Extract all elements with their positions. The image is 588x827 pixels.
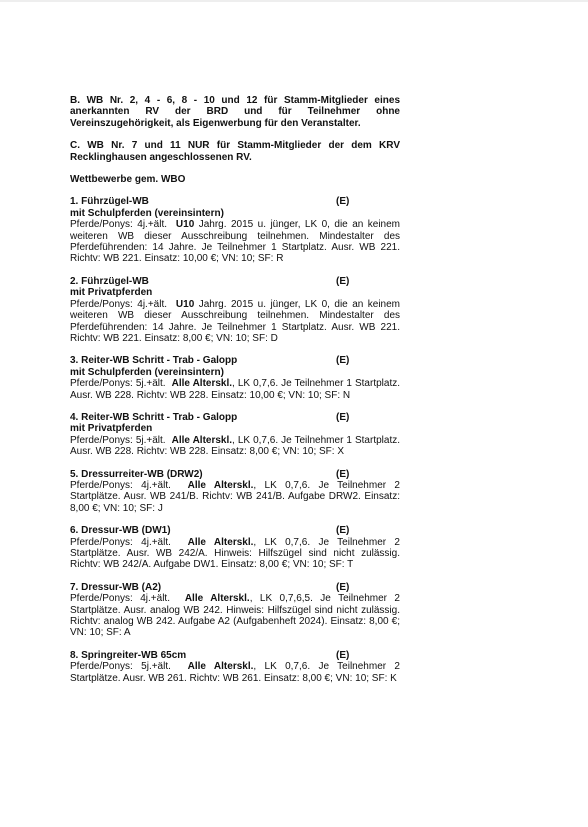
section-heading: Wettbewerbe gem. WBO [70,174,400,185]
competition-title: 4. Reiter-WB Schritt - Trab - Galopp(E) [70,412,400,423]
intro-paragraph-c: C. WB Nr. 7 und 11 NUR für Stamm-Mitglie… [70,140,400,163]
competition-title-text: 5. Dressurreiter-WB (DRW2) [70,469,203,480]
competition-body-prefix: Pferde/Ponys: 5j.+ält. [70,661,171,672]
competition-age-class: Alle Alterskl. [188,537,254,548]
competition-body-prefix: Pferde/Ponys: 4j.+ält. [70,537,171,548]
competition-entry: 5. Dressurreiter-WB (DRW2)(E)Pferde/Pony… [70,469,400,515]
competition-title: 5. Dressurreiter-WB (DRW2)(E) [70,469,400,480]
competition-entry: 8. Springreiter-WB 65cm(E)Pferde/Ponys: … [70,650,400,684]
competition-marker: (E) [336,469,349,480]
competition-title: 6. Dressur-WB (DW1)(E) [70,525,400,536]
competition-title-text: 7. Dressur-WB (A2) [70,582,161,593]
viewer-top-edge [0,0,588,2]
competition-body: Pferde/Ponys: 4j.+ält. U10 Jahrg. 2015 u… [70,299,400,345]
document-page: B. WB Nr. 2, 4 - 6, 8 - 10 und 12 für St… [70,95,400,695]
competition-marker: (E) [336,412,349,423]
competition-subtitle: mit Schulpferden (vereinsintern) [70,208,400,219]
competition-entry: 4. Reiter-WB Schritt - Trab - Galopp(E)m… [70,412,400,458]
competition-title: 3. Reiter-WB Schritt - Trab - Galopp(E) [70,355,400,366]
competition-body-prefix: Pferde/Ponys: 5j.+ält. [70,435,166,446]
competition-age-class: Alle Alterskl. [188,661,254,672]
competition-body-prefix: Pferde/Ponys: 4j.+ält. [70,593,170,604]
intro-paragraph-b: B. WB Nr. 2, 4 - 6, 8 - 10 und 12 für St… [70,95,400,129]
competition-entry: 2. Führzügel-WB(E)mit PrivatpferdenPferd… [70,276,400,344]
competition-title: 1. Führzügel-WB(E) [70,196,400,207]
competition-marker: (E) [336,650,349,661]
competition-subtitle: mit Schulpferden (vereinsintern) [70,367,400,378]
competition-age-class: Alle Alterskl. [172,378,232,389]
competition-entry: 7. Dressur-WB (A2)(E)Pferde/Ponys: 4j.+ä… [70,582,400,639]
competition-body: Pferde/Ponys: 4j.+ält. Alle Alterskl., L… [70,537,400,571]
competition-age-class: Alle Alterskl. [172,435,232,446]
competition-title-text: 4. Reiter-WB Schritt - Trab - Galopp [70,412,237,423]
competition-entry: 1. Führzügel-WB(E)mit Schulpferden (vere… [70,196,400,264]
competition-body: Pferde/Ponys: 5j.+ält. Alle Alterskl., L… [70,378,400,401]
competition-body-prefix: Pferde/Ponys: 4j.+ält. [70,299,167,310]
competition-marker: (E) [336,525,349,536]
competition-age-class: Alle Alterskl. [185,593,250,604]
competition-age-class: Alle Alterskl. [188,480,254,491]
competition-age-class: U10 [176,299,194,310]
competition-title-text: 1. Führzügel-WB [70,196,149,207]
competition-body: Pferde/Ponys: 5j.+ält. Alle Alterskl., L… [70,661,400,684]
competition-title: 8. Springreiter-WB 65cm(E) [70,650,400,661]
competition-title: 7. Dressur-WB (A2)(E) [70,582,400,593]
competition-age-class: U10 [176,219,194,230]
competition-title-text: 2. Führzügel-WB [70,276,149,287]
competition-title-text: 6. Dressur-WB (DW1) [70,525,171,536]
competition-marker: (E) [336,582,349,593]
competition-body: Pferde/Ponys: 4j.+ält. Alle Alterskl., L… [70,593,400,639]
competition-body: Pferde/Ponys: 4j.+ält. U10 Jahrg. 2015 u… [70,219,400,265]
competition-body-prefix: Pferde/Ponys: 4j.+ält. [70,219,167,230]
competition-body: Pferde/Ponys: 4j.+ält. Alle Alterskl., L… [70,480,400,514]
competition-body: Pferde/Ponys: 5j.+ält. Alle Alterskl., L… [70,435,400,458]
competition-marker: (E) [336,196,349,207]
competition-title: 2. Führzügel-WB(E) [70,276,400,287]
competition-title-text: 8. Springreiter-WB 65cm [70,650,186,661]
competition-body-prefix: Pferde/Ponys: 5j.+ält. [70,378,166,389]
competition-subtitle: mit Privatpferden [70,423,400,434]
competition-marker: (E) [336,276,349,287]
competition-list: 1. Führzügel-WB(E)mit Schulpferden (vere… [70,196,400,684]
competition-entry: 6. Dressur-WB (DW1)(E)Pferde/Ponys: 4j.+… [70,525,400,571]
competition-subtitle: mit Privatpferden [70,287,400,298]
competition-body-prefix: Pferde/Ponys: 4j.+ält. [70,480,171,491]
competition-marker: (E) [336,355,349,366]
competition-entry: 3. Reiter-WB Schritt - Trab - Galopp(E)m… [70,355,400,401]
competition-title-text: 3. Reiter-WB Schritt - Trab - Galopp [70,355,237,366]
